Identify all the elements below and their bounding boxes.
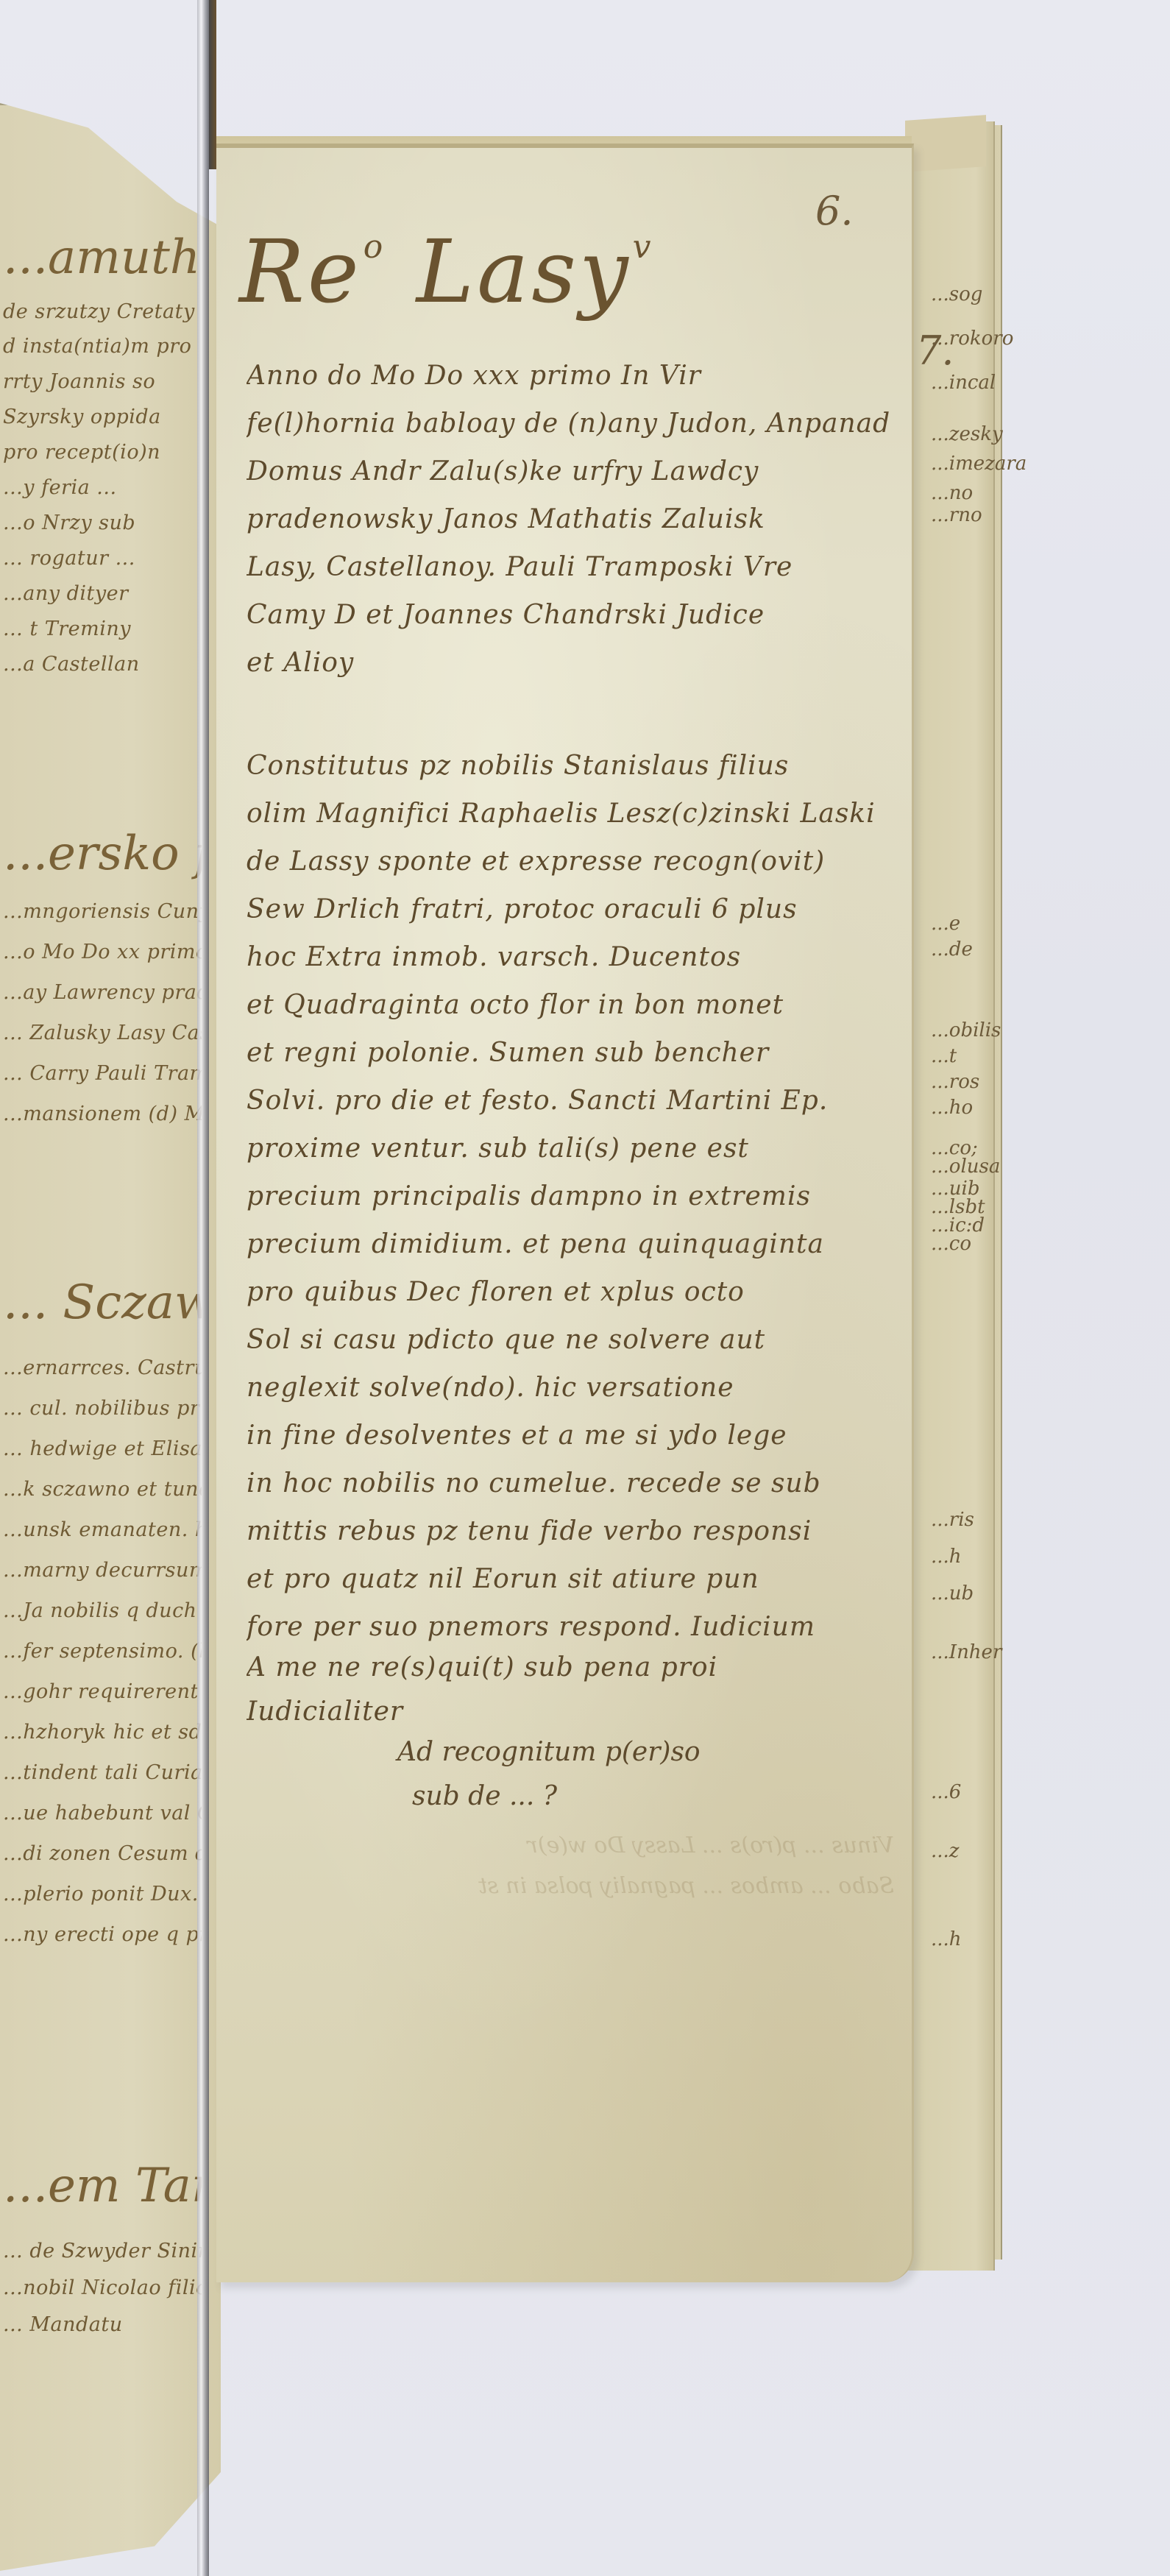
left-text-line: ... t Treminy [3, 618, 202, 640]
binding-strip [209, 0, 216, 169]
edge-fragment: ...rokoro [931, 328, 1013, 350]
text-line: fe(l)hornia babloay de (n)any Judon, Anp… [247, 408, 894, 439]
edge-fragment: ...h [931, 1546, 962, 1568]
torn-page-tab [905, 115, 986, 172]
text-line: proxime ventur. sub tali(s) pene est [247, 1133, 894, 1164]
text-line: neglexit solve(ndo). hic versatione [247, 1373, 894, 1403]
text-line: fore per suo pnemors respond. Iudicium [247, 1612, 894, 1642]
edge-fragment: ...co [931, 1233, 971, 1255]
heading-superscript: o [364, 228, 386, 266]
signature-line-1: Ad recognitum p(er)so [397, 1737, 701, 1767]
text-line: Domus Andr Zalu(s)ke urfry Lawdcy [247, 456, 894, 486]
left-heading-4: ...em Tarnow [3, 2159, 202, 2213]
text-line: de Lassy sponte et expresse recogn(ovit) [247, 846, 894, 877]
left-text-line: ... cul. nobilibus pr hon [3, 1397, 202, 1420]
edge-fragment: ...Inher [931, 1641, 1001, 1663]
text-line: et pro quatz nil Eorun sit atiure pun [247, 1564, 894, 1594]
left-text-line: ... Carry Pauli Tramposki [3, 1062, 202, 1085]
text-line: Lasy, Castellanoy. Pauli Tramposki Vre [247, 552, 894, 582]
edge-fragment: ...z [931, 1840, 960, 1862]
text-line: mittis rebus pz tenu fide verbo responsi [247, 1516, 894, 1546]
text-line: Camy D et Joannes Chandrski Judice [247, 600, 894, 630]
edge-fragment: ...rno [931, 504, 982, 526]
heading-text: Re [239, 221, 362, 322]
edge-fragment: ...ris [931, 1509, 974, 1531]
left-text-line: ...gohr requirerent ab [3, 1680, 202, 1703]
left-text-line: rrty Joannis so [3, 370, 202, 393]
left-text-line: ...unsk emanaten. hinc [3, 1518, 202, 1541]
bleed-through-text: Vinus ... p(ro)s ... Lassy Do w(e)r [247, 1833, 894, 1858]
text-line: Sew Drlich fratri, protoc oraculi 6 plus [247, 894, 894, 924]
edge-fragment: ...imezara [931, 453, 1027, 475]
text-line: hoc Extra inmob. varsch. Ducentos [247, 942, 894, 972]
edge-fragment: ...e [931, 913, 960, 935]
text-line: in hoc nobilis no cumelue. recede se sub [247, 1468, 894, 1498]
text-line: olim Magnifici Raphaelis Lesz(c)zinski L… [247, 799, 894, 829]
text-line: Iudicialiter [247, 1696, 894, 1727]
text-line: precium dimidium. et pena quinquaginta [247, 1229, 894, 1259]
folio-number: 6. [815, 188, 854, 234]
edge-fragment: ...olusa [931, 1156, 1000, 1178]
text-line: pradenowsky Janos Mathatis Zaluisk [247, 504, 894, 534]
left-text-line: d insta(ntia)m pro [3, 335, 202, 358]
text-line: Solvi. pro die et festo. Sancti Martini … [247, 1086, 894, 1116]
text-line: Constitutus pz nobilis Stanislaus filius [247, 751, 894, 781]
edge-fragment: ...no [931, 482, 973, 504]
left-text-line: ...o Nrzy sub [3, 512, 202, 534]
left-heading-1: ...amutha [3, 230, 202, 285]
edge-fragment: ...de [931, 938, 973, 960]
text-line: et regni polonie. Sumen sub bencher [247, 1038, 894, 1068]
edge-fragment: ...6 [931, 1781, 961, 1803]
text-line: Anno do Mo Do xxx primo In Vir [247, 361, 894, 391]
edge-fragment: ...zesky [931, 423, 1003, 445]
left-text-line: ...di zonen Cesum d Sczy [3, 1842, 202, 1865]
edge-fragment: ...t [931, 1045, 957, 1067]
heading-text-2: Lasy [416, 221, 631, 322]
glass-holding-bar [197, 0, 209, 2576]
left-heading-3: ... Sczawno [3, 1275, 202, 1330]
left-text-line: ...nobil Nicolao filio [3, 2276, 202, 2299]
left-text-line: pro recept(io)n [3, 441, 202, 464]
left-text-line: ...hzhoryk hic et sdla [3, 1721, 202, 1744]
left-text-line: ...plerio ponit Dux. qu [3, 1883, 202, 1906]
text-line: et Quadraginta octo flor in bon monet [247, 990, 894, 1020]
heading-superscript-2: v [633, 228, 654, 266]
text-line: A me ne re(s)qui(t) sub pena proi [247, 1652, 894, 1682]
edge-fragment: ...ub [931, 1582, 974, 1604]
edge-fragment: ...incal [931, 372, 996, 394]
edge-fragment: ...h [931, 1928, 962, 1950]
left-text-line: ...tindent tali Curia gru [3, 1761, 202, 1784]
text-line: pro quibus Dec floren et xplus octo [247, 1277, 894, 1307]
left-text-line: ... rogatur ... [3, 547, 202, 570]
left-text-line: ...k sczawno et tunc Sz [3, 1478, 202, 1501]
left-text-line: ... Zalusky Lasy Castllani [3, 1022, 202, 1044]
left-text-line: ... Mandatu [3, 2313, 202, 2336]
text-line: Sol si casu pdicto que ne solvere aut [247, 1325, 894, 1355]
left-text-line: ...o Mo Do xx primo [3, 941, 202, 963]
edge-fragment: ...obilis [931, 1019, 1001, 1041]
left-text-line: ...y feria ... [3, 476, 202, 499]
left-text-line: ...any dityer [3, 582, 202, 605]
left-heading-2: ...ersko feria [3, 827, 202, 881]
left-text-line: ...ue habebunt val Corn [3, 1802, 202, 1825]
left-text-line: ...ernarrces. Castrum et Com [3, 1356, 202, 1379]
text-line: precium principalis dampno in extremis [247, 1181, 894, 1211]
text-line: et Alioy [247, 648, 894, 678]
left-text-line: ...mngoriensis Cunyanus [3, 900, 202, 923]
left-text-line: ... hedwige et Elisabethy [3, 1437, 202, 1460]
edge-fragment: ...ros [931, 1071, 979, 1093]
edge-fragment: ...sog [931, 283, 982, 305]
left-text-line: de srzutzy Cretaty [3, 300, 202, 323]
signature-line-2: sub de ... ? [412, 1781, 557, 1811]
text-line: in fine desolventes et a me si ydo lege [247, 1420, 894, 1451]
left-text-line: ...ny erecti ope q pri [3, 1923, 202, 1946]
entry-heading: Reo Lasyv [239, 221, 654, 322]
left-text-line: ...ay Lawrency pradnowsky [3, 981, 202, 1004]
left-text-line: ...a Castellan [3, 653, 202, 676]
left-facing-page: ...amutha de srzutzy Cretaty d insta(nti… [0, 103, 221, 2571]
left-text-line: ... de Szwyder Sinin [3, 2240, 202, 2262]
left-text-line: ...fer septensimo. (h)eta [3, 1640, 202, 1663]
bleed-through-text: Sabo ... ambos ... pagnaliy polsa in st [247, 1873, 894, 1899]
edge-fragment: ...ho [931, 1097, 973, 1119]
left-text-line: ...Ja nobilis q duch Com [3, 1599, 202, 1622]
left-text-line: ...mansionem (d) Maryanie [3, 1103, 202, 1125]
left-text-line: ...marny decurrsum. de [3, 1559, 202, 1582]
left-text-line: Szyrsky oppida [3, 406, 202, 428]
